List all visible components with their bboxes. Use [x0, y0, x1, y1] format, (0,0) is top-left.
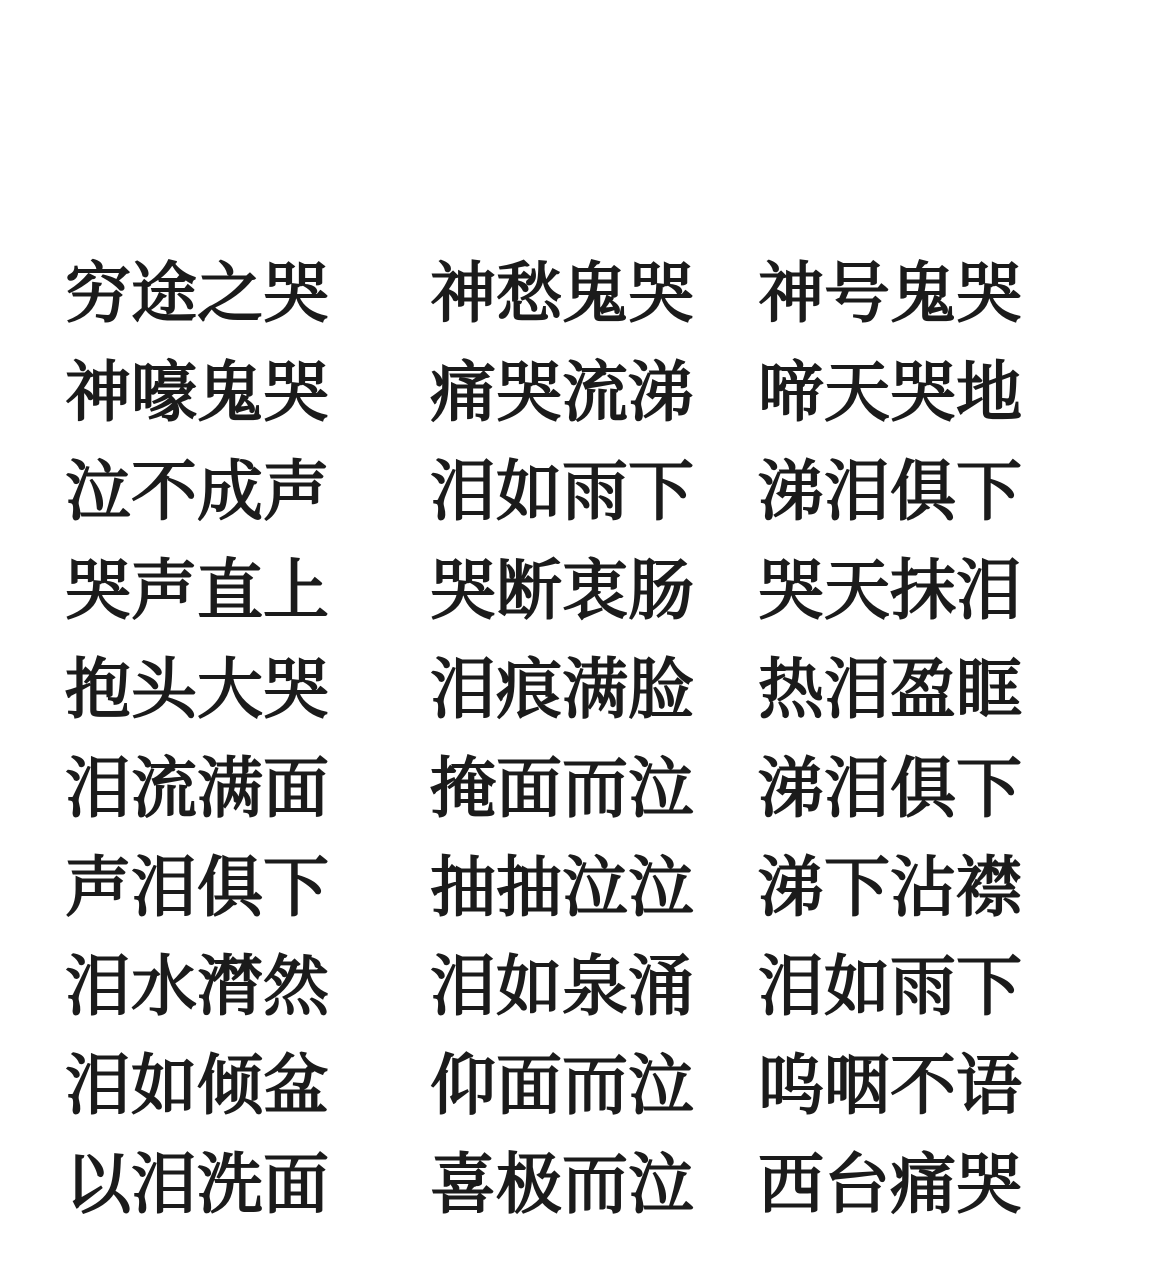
idiom-list: 穷途之哭 神愁鬼哭 神号鬼哭 神嚎鬼哭 痛哭流涕 啼天哭地 泣不成声 泪如雨下 …: [0, 244, 1167, 1234]
idiom-row-7: 声泪俱下 抽抽泣泣 涕下沾襟: [0, 838, 1167, 937]
idiom-cell: 神号鬼哭: [758, 261, 1167, 327]
idiom-cell: 穷途之哭: [65, 261, 430, 327]
idiom-row-9: 泪如倾盆 仰面而泣 呜咽不语: [0, 1036, 1167, 1135]
idiom-cell: 呜咽不语: [758, 1053, 1167, 1119]
idiom-cell: 涕泪俱下: [758, 756, 1167, 822]
idiom-cell: 声泪俱下: [65, 855, 430, 921]
idiom-cell: 泪如雨下: [430, 459, 758, 525]
idiom-row-4: 哭声直上 哭断衷肠 哭天抹泪: [0, 541, 1167, 640]
idiom-cell: 抽抽泣泣: [430, 855, 758, 921]
idiom-cell: 涕泪俱下: [758, 459, 1167, 525]
idiom-cell: 神愁鬼哭: [430, 261, 758, 327]
idiom-cell: 痛哭流涕: [430, 360, 758, 426]
idiom-cell: 喜极而泣: [430, 1152, 758, 1218]
idiom-cell: 哭断衷肠: [430, 558, 758, 624]
idiom-cell: 泪流满面: [65, 756, 430, 822]
idiom-cell: 抱头大哭: [65, 657, 430, 723]
idiom-row-6: 泪流满面 掩面而泣 涕泪俱下: [0, 739, 1167, 838]
idiom-cell: 以泪洗面: [65, 1152, 430, 1218]
idiom-cell: 热泪盈眶: [758, 657, 1167, 723]
idiom-cell: 涕下沾襟: [758, 855, 1167, 921]
idiom-cell: 泪如倾盆: [65, 1053, 430, 1119]
idiom-cell: 哭天抹泪: [758, 558, 1167, 624]
idiom-cell: 泣不成声: [65, 459, 430, 525]
idiom-cell: 泪水潸然: [65, 954, 430, 1020]
idiom-cell: 掩面而泣: [430, 756, 758, 822]
idiom-cell: 泪如泉涌: [430, 954, 758, 1020]
idiom-row-2: 神嚎鬼哭 痛哭流涕 啼天哭地: [0, 343, 1167, 442]
idiom-cell: 泪如雨下: [758, 954, 1167, 1020]
idiom-row-5: 抱头大哭 泪痕满脸 热泪盈眶: [0, 640, 1167, 739]
idiom-row-1: 穷途之哭 神愁鬼哭 神号鬼哭: [0, 244, 1167, 343]
idiom-cell: 哭声直上: [65, 558, 430, 624]
idiom-row-3: 泣不成声 泪如雨下 涕泪俱下: [0, 442, 1167, 541]
idiom-cell: 神嚎鬼哭: [65, 360, 430, 426]
idiom-cell: 啼天哭地: [758, 360, 1167, 426]
idiom-cell: 西台痛哭: [758, 1152, 1167, 1218]
idiom-cell: 仰面而泣: [430, 1053, 758, 1119]
idiom-cell: 泪痕满脸: [430, 657, 758, 723]
idiom-row-8: 泪水潸然 泪如泉涌 泪如雨下: [0, 937, 1167, 1036]
idiom-row-10: 以泪洗面 喜极而泣 西台痛哭: [0, 1135, 1167, 1234]
